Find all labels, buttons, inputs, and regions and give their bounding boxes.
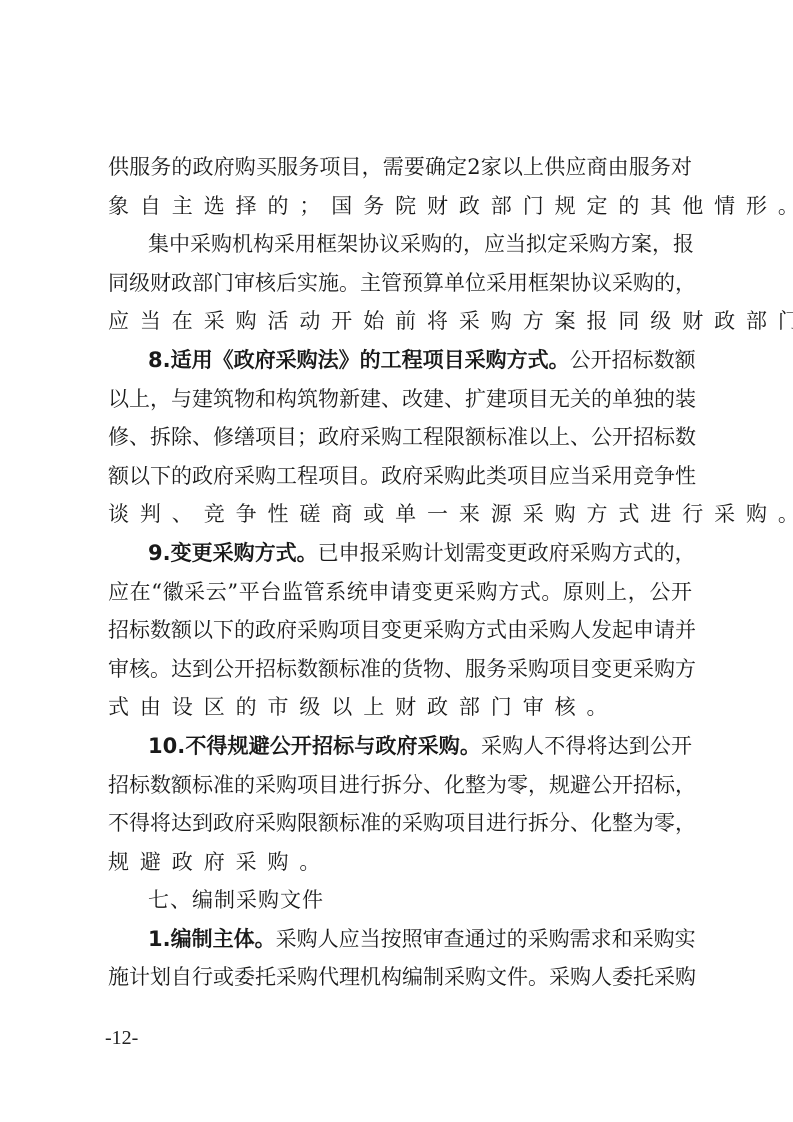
item-text: 已申报采购计划需变更政府采购方式的， <box>318 541 696 565</box>
text-line: 不得将达到政府采购限额标准的采购项目进行拆分、化整为零， <box>108 804 692 843</box>
paragraph-continuation: 供服务的政府购买服务项目，需要确定2家以上供应商由服务对 象自主选择的；国务院财… <box>108 148 692 225</box>
text-line: 同级财政部门审核后实施。主管预算单位采用框架协议采购的， <box>108 264 692 303</box>
item-text: 公开招标数额 <box>570 348 696 372</box>
item-heading: 9.变更采购方式。 <box>148 541 318 565</box>
text-line: 招标数额标准的采购项目进行拆分、化整为零，规避公开招标， <box>108 766 692 805</box>
text-line: 供服务的政府购买服务项目，需要确定2家以上供应商由服务对 <box>108 148 692 187</box>
text-line: 1.编制主体。采购人应当按照审查通过的采购需求和采购实 <box>108 920 692 959</box>
item-heading: 1.编制主体。 <box>148 927 276 951</box>
text-line: 式由设区的市级以上财政部门审核。 <box>108 688 692 727</box>
text-line: 修、拆除、修缮项目；政府采购工程限额标准以上、公开招标数 <box>108 418 692 457</box>
paragraph-framework-agreement: 集中采购机构采用框架协议采购的，应当拟定采购方案，报 同级财政部门审核后实施。主… <box>108 225 692 341</box>
text-line: 10.不得规避公开招标与政府采购。采购人不得将达到公开 <box>108 727 692 766</box>
paragraph-item-8: 8.适用《政府采购法》的工程项目采购方式。公开招标数额 以上，与建筑物和构筑物新… <box>108 341 692 534</box>
text-line: 9.变更采购方式。已申报采购计划需变更政府采购方式的， <box>108 534 692 573</box>
text-line: 招标数额以下的政府采购项目变更采购方式由采购人发起申请并 <box>108 611 692 650</box>
paragraph-item-9: 9.变更采购方式。已申报采购计划需变更政府采购方式的， 应在“徽采云”平台监管系… <box>108 534 692 727</box>
text-line: 规避政府采购。 <box>108 843 692 882</box>
item-heading: 8.适用《政府采购法》的工程项目采购方式。 <box>148 348 570 372</box>
text-line: 以上，与建筑物和构筑物新建、改建、扩建项目无关的单独的装 <box>108 380 692 419</box>
text-line: 应当在采购活动开始前将采购方案报同级财政部门备案。 <box>108 302 692 341</box>
item-text: 采购人应当按照审查通过的采购需求和采购实 <box>276 927 696 951</box>
item-text: 采购人不得将达到公开 <box>481 734 692 758</box>
text-line: 集中采购机构采用框架协议采购的，应当拟定采购方案，报 <box>108 225 692 264</box>
document-page: 供服务的政府购买服务项目，需要确定2家以上供应商由服务对 象自主选择的；国务院财… <box>108 148 692 997</box>
text-line: 应在“徽采云”平台监管系统申请变更采购方式。原则上，公开 <box>108 573 692 612</box>
item-heading: 10.不得规避公开招标与政府采购。 <box>148 734 481 758</box>
text-line: 谈判、竞争性磋商或单一来源采购方式进行采购。 <box>108 495 692 534</box>
text-line: 额以下的政府采购工程项目。政府采购此类项目应当采用竞争性 <box>108 457 692 496</box>
section-heading: 七、编制采购文件 <box>108 881 692 920</box>
text-line: 象自主选择的；国务院财政部门规定的其他情形。 <box>108 187 692 226</box>
page-number: -12- <box>105 1027 138 1050</box>
paragraph-item-1: 1.编制主体。采购人应当按照审查通过的采购需求和采购实 施计划自行或委托采购代理… <box>108 920 692 997</box>
text-line: 8.适用《政府采购法》的工程项目采购方式。公开招标数额 <box>108 341 692 380</box>
text-line: 审核。达到公开招标数额标准的货物、服务采购项目变更采购方 <box>108 650 692 689</box>
paragraph-item-10: 10.不得规避公开招标与政府采购。采购人不得将达到公开 招标数额标准的采购项目进… <box>108 727 692 881</box>
text-line: 施计划自行或委托采购代理机构编制采购文件。采购人委托采购 <box>108 958 692 997</box>
